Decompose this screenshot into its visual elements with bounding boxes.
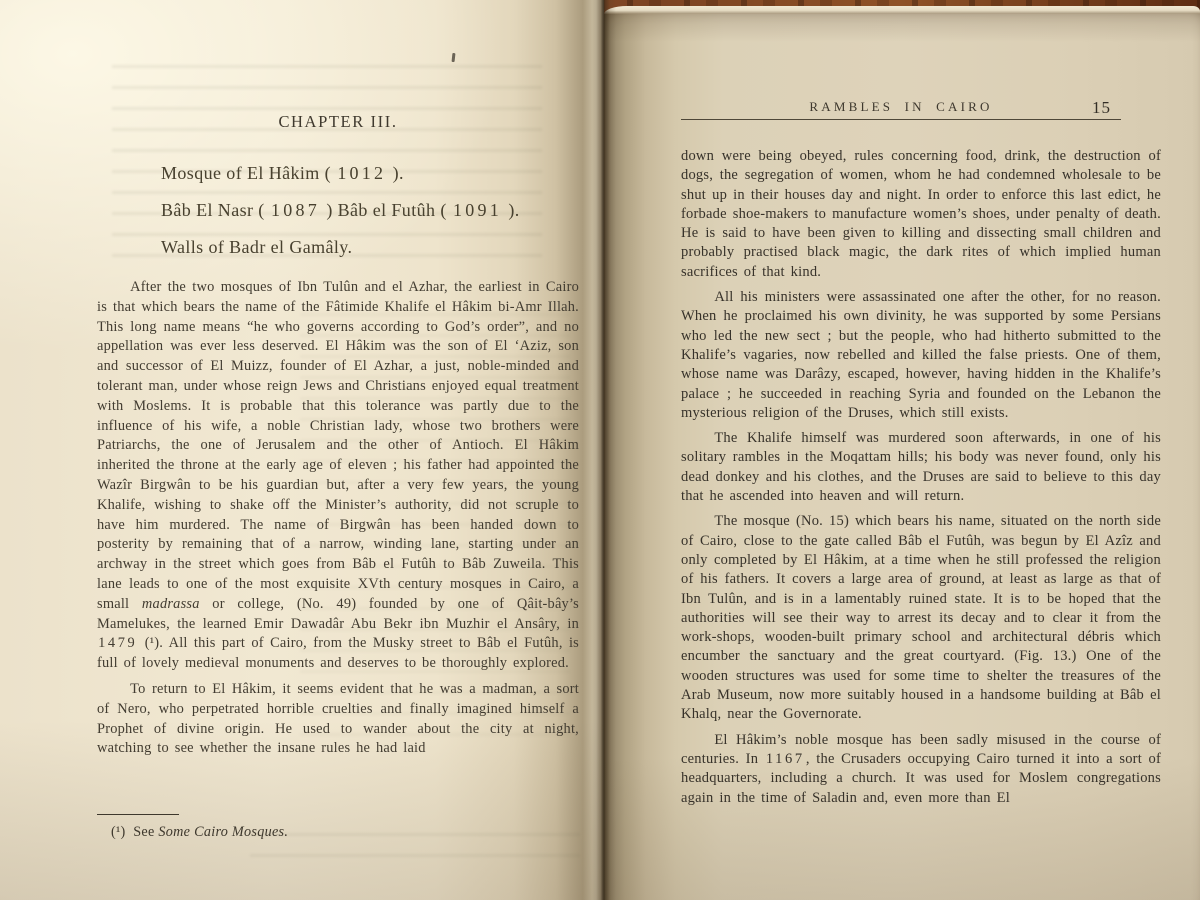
paragraph: The mosque (No. 15) which bears his name… [681,512,1161,724]
text-segment: 1167 [766,751,805,767]
subtitle-line-walls: Walls of Badr el Gamâly. [161,229,579,266]
right-page-text-block: RAMBLES IN CAIRO 15 down were being obey… [681,94,1161,814]
ink-speck [452,53,455,62]
text-segment: Walls of Badr el Gamâly. [161,237,352,257]
footnote-rule [97,814,179,815]
left-page: CHAPTER III. Mosque of El Hâkim ( 1012 )… [0,0,604,900]
text-segment: The mosque (No. 15) which bears his name… [681,513,1161,722]
text-segment: 1479 [98,635,137,651]
text-segment: All his ministers were assassinated one … [681,289,1161,421]
running-header: RAMBLES IN CAIRO 15 [681,94,1121,120]
text-segment: (¹) See [111,824,158,840]
text-segment: After the two mosques of Ibn Tulûn and e… [97,279,579,612]
paragraph: To return to El Hâkim, it seems evident … [97,680,579,759]
footnote-text: (¹) See Some Cairo Mosques. [97,824,579,841]
right-page: RAMBLES IN CAIRO 15 down were being obey… [604,6,1200,900]
text-segment: Mosque of El Hâkim ( [161,163,336,183]
text-segment: (¹). All this part of Cairo, from the Mu… [97,635,579,671]
chapter-heading: CHAPTER III. [97,112,579,132]
text-segment: ) Bâb el Futûh ( [321,200,451,220]
chapter-subtitle: Mosque of El Hâkim ( 1012 ). Bâb El Nasr… [161,155,579,266]
subtitle-line-mosque: Mosque of El Hâkim ( 1012 ). [161,155,579,192]
text-segment: 1012 [337,163,386,183]
footnote: (¹) See Some Cairo Mosques. [97,814,579,841]
page-number: 15 [1092,98,1111,118]
paragraph: All his ministers were assassinated one … [681,288,1161,423]
text-segment: down were being obeyed, rules concerning… [681,148,1161,280]
text-segment: 1087 [271,200,320,220]
running-header-title: RAMBLES IN CAIRO [809,99,992,115]
text-segment: Some Cairo Mosques. [158,824,288,840]
text-segment: ). [503,200,519,220]
text-segment: ). [388,163,404,183]
paragraph: The Khalife himself was murdered soon af… [681,429,1161,506]
subtitle-line-gates: Bâb El Nasr ( 1087 ) Bâb el Futûh ( 1091… [161,192,579,229]
text-segment: 1091 [453,200,502,220]
text-segment: The Khalife himself was murdered soon af… [681,430,1161,504]
book-photo: CHAPTER III. Mosque of El Hâkim ( 1012 )… [0,0,1200,900]
text-segment: madrassa [142,596,200,612]
text-segment: To return to El Hâkim, it seems evident … [97,681,579,756]
paragraph: After the two mosques of Ibn Tulûn and e… [97,278,579,674]
left-page-text-block: CHAPTER III. Mosque of El Hâkim ( 1012 )… [97,112,579,765]
text-segment: Bâb El Nasr ( [161,200,270,220]
paragraph: down were being obeyed, rules concerning… [681,147,1161,282]
paragraph: El Hâkim’s noble mosque has been sadly m… [681,731,1161,808]
